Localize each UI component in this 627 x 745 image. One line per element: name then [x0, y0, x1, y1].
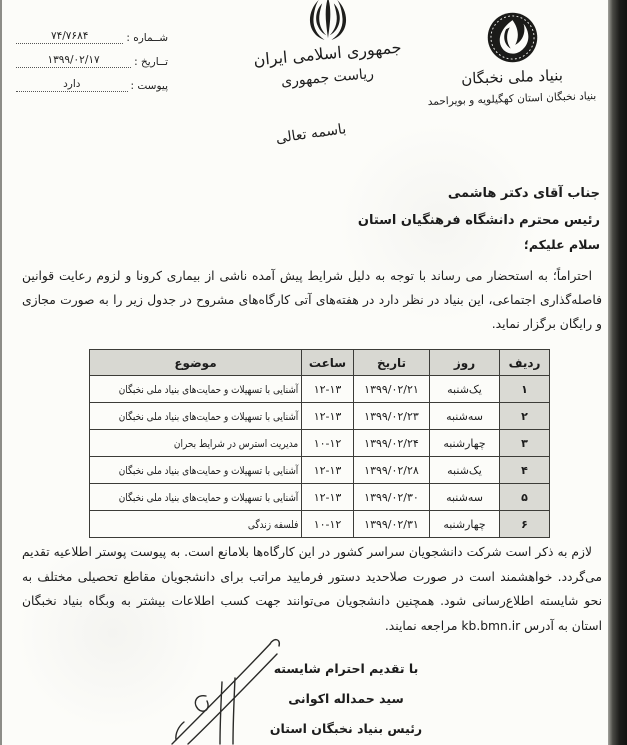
field-attachment: پیوست : دارد: [16, 78, 168, 92]
foundation-province-name: بنیاد نخبگان استان کهگیلویه و بویراحمد: [421, 90, 603, 108]
topic-cell: فلسفه زندگی: [90, 511, 302, 538]
row-number-cell: ۱: [500, 376, 550, 403]
date-cell: ۱۳۹۹/۰۲/۲۴: [354, 430, 430, 457]
time-cell: ۱۰-۱۲: [302, 511, 354, 538]
topic-cell: آشنایی با تسهیلات و حمایت‌های بنیاد ملی …: [90, 403, 302, 430]
row-number-cell: ۲: [500, 403, 550, 430]
iran-emblem-icon: [299, 0, 357, 44]
day-cell: سه‌شنبه: [430, 403, 500, 430]
signature-block: با تقدیم احترام شایسته سید حمداله اکوانی…: [250, 654, 442, 744]
col-header-date: تاریخ: [354, 350, 430, 376]
time-cell: ۱۲-۱۳: [302, 403, 354, 430]
addressee-name: جناب آقای دکتر هاشمی: [358, 180, 600, 207]
date-cell: ۱۳۹۹/۰۲/۲۸: [354, 457, 430, 484]
scan-right-strip: [608, 0, 627, 745]
addressee-title: رئیس محترم دانشگاه فرهنگیان استان: [358, 207, 600, 234]
field-number: شــماره : ۷۴/۷۶۸۴: [16, 30, 168, 44]
signatory-title: رئیس بنیاد نخبگان استان: [250, 714, 442, 744]
topic-cell: آشنایی با تسهیلات و حمایت‌های بنیاد ملی …: [90, 484, 302, 511]
table-row: ۶ چهارشنبه ۱۳۹۹/۰۲/۳۱ ۱۰-۱۲ فلسفه زندگی: [90, 511, 550, 538]
col-header-topic: موضوع: [90, 350, 302, 376]
day-cell: چهارشنبه: [430, 511, 500, 538]
table-row: ۳ چهارشنبه ۱۳۹۹/۰۲/۲۴ ۱۰-۱۲ مدیریت استرس…: [90, 430, 550, 457]
day-cell: چهارشنبه: [430, 430, 500, 457]
field-date-label: تــاریخ :: [134, 56, 168, 68]
basmala-text: باسمه تعالی: [265, 120, 356, 148]
day-cell: یک‌شنبه: [430, 376, 500, 403]
topic-text: آشنایی با تسهیلات و حمایت‌های بنیاد ملی …: [118, 465, 298, 477]
field-number-value: ۷۴/۷۶۸۴: [16, 30, 123, 44]
foundation-name: بنیاد ملی نخبگان: [421, 65, 604, 89]
field-number-label: شــماره :: [126, 32, 168, 44]
day-cell: یک‌شنبه: [430, 457, 500, 484]
time-cell: ۱۲-۱۳: [302, 484, 354, 511]
date-cell: ۱۳۹۹/۰۲/۲۳: [354, 403, 430, 430]
time-cell: ۱۲-۱۳: [302, 376, 354, 403]
signatory-name: سید حمداله اکوانی: [250, 684, 442, 714]
topic-text: آشنایی با تسهیلات و حمایت‌های بنیاد ملی …: [118, 411, 298, 423]
topic-cell: آشنایی با تسهیلات و حمایت‌های بنیاد ملی …: [90, 376, 302, 403]
body-paragraph-2: لازم به ذکر است شرکت دانشجویان سراسر کشو…: [22, 540, 602, 638]
topic-text: فلسفه زندگی: [248, 519, 298, 531]
scan-left-edge: [0, 0, 2, 745]
topic-text: آشنایی با تسهیلات و حمایت‌های بنیاد ملی …: [118, 384, 298, 396]
workshops-table: ردیف روز تاریخ ساعت موضوع ۱ یک‌شنبه ۱۳۹۹…: [89, 349, 550, 538]
date-cell: ۱۳۹۹/۰۲/۳۱: [354, 511, 430, 538]
time-cell: ۱۰-۱۲: [302, 430, 354, 457]
time-cell: ۱۲-۱۳: [302, 457, 354, 484]
government-header: جمهوری اسلامی ایران ریاست جمهوری: [225, 0, 430, 86]
field-attachment-value: دارد: [16, 78, 128, 92]
field-date-value: ۱۳۹۹/۰۲/۱۷: [16, 54, 131, 68]
topic-text: مدیریت استرس در شرایط بحران: [174, 438, 298, 450]
table-row: ۵ سه‌شنبه ۱۳۹۹/۰۲/۳۰ ۱۲-۱۳ آشنایی با تسه…: [90, 484, 550, 511]
row-number-cell: ۳: [500, 430, 550, 457]
foundation-header: بنیاد ملی نخبگان بنیاد نخبگان استان کهگی…: [421, 10, 603, 105]
row-number-cell: ۵: [500, 484, 550, 511]
elites-foundation-logo-icon: [485, 10, 540, 65]
topic-text: آشنایی با تسهیلات و حمایت‌های بنیاد ملی …: [118, 492, 298, 504]
row-number-cell: ۴: [500, 457, 550, 484]
field-attachment-label: پیوست :: [131, 80, 169, 92]
body-paragraph-1: احتراماً؛ به استحضار می رساند با توجه به…: [22, 264, 602, 336]
scanned-letter: شــماره : ۷۴/۷۶۸۴ تــاریخ : ۱۳۹۹/۰۲/۱۷ پ…: [0, 0, 627, 745]
salutation: سلام علیکم؛: [524, 237, 600, 252]
topic-cell: مدیریت استرس در شرایط بحران: [90, 430, 302, 457]
field-date: تــاریخ : ۱۳۹۹/۰۲/۱۷: [16, 54, 168, 68]
signature-respect-line: با تقدیم احترام شایسته: [250, 654, 442, 684]
col-header-time: ساعت: [302, 350, 354, 376]
date-cell: ۱۳۹۹/۰۲/۳۰: [354, 484, 430, 511]
table-header-row: ردیف روز تاریخ ساعت موضوع: [90, 350, 550, 376]
date-cell: ۱۳۹۹/۰۲/۲۱: [354, 376, 430, 403]
col-header-radif: ردیف: [500, 350, 550, 376]
col-header-day: روز: [430, 350, 500, 376]
table-row: ۱ یک‌شنبه ۱۳۹۹/۰۲/۲۱ ۱۲-۱۳ آشنایی با تسه…: [90, 376, 550, 403]
topic-cell: آشنایی با تسهیلات و حمایت‌های بنیاد ملی …: [90, 457, 302, 484]
addressee-block: جناب آقای دکتر هاشمی رئیس محترم دانشگاه …: [358, 180, 600, 234]
table-row: ۲ سه‌شنبه ۱۳۹۹/۰۲/۲۳ ۱۲-۱۳ آشنایی با تسه…: [90, 403, 550, 430]
reference-fields: شــماره : ۷۴/۷۶۸۴ تــاریخ : ۱۳۹۹/۰۲/۱۷ پ…: [16, 30, 168, 102]
table-row: ۴ یک‌شنبه ۱۳۹۹/۰۲/۲۸ ۱۲-۱۳ آشنایی با تسه…: [90, 457, 550, 484]
row-number-cell: ۶: [500, 511, 550, 538]
day-cell: سه‌شنبه: [430, 484, 500, 511]
